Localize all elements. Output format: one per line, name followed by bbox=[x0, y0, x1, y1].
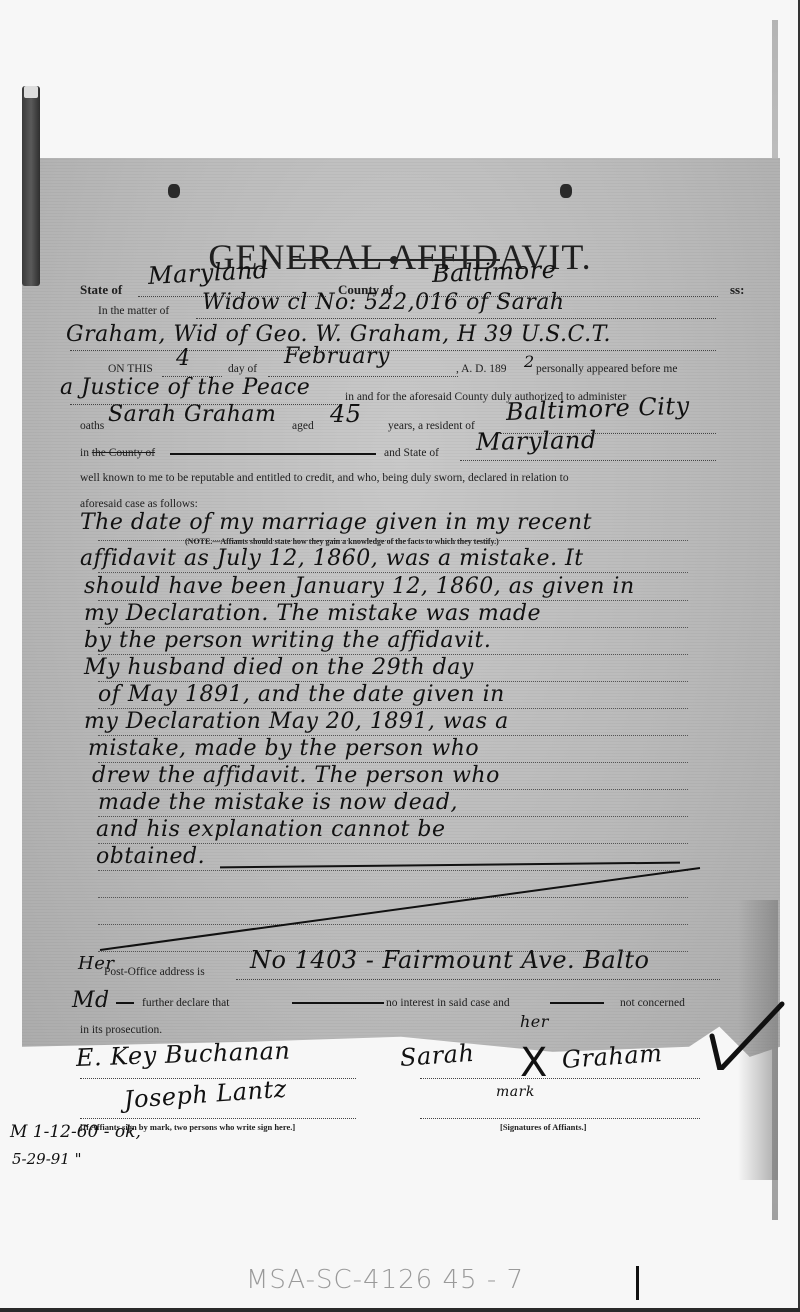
on-this-label: ON THIS bbox=[108, 363, 153, 375]
witness-2-line bbox=[80, 1118, 356, 1119]
day-value: 4 bbox=[176, 346, 191, 371]
matter-label: In the matter of bbox=[98, 305, 169, 317]
in-label: in bbox=[80, 447, 89, 459]
aged-label: aged bbox=[292, 420, 314, 432]
county-struck-label: the County of bbox=[92, 447, 155, 459]
officer-value: a Justice of the Peace bbox=[60, 375, 310, 400]
affiant-line-2 bbox=[420, 1118, 700, 1119]
affiant-signature-first: Sarah bbox=[399, 1039, 475, 1072]
blank-stroke bbox=[116, 1002, 134, 1004]
reputable-text: well known to me to be reputable and ent… bbox=[80, 472, 569, 484]
affiant-mark: X bbox=[520, 1040, 548, 1086]
matter-value-line1: Widow cl No: 522,016 of Sarah bbox=[202, 290, 565, 315]
county-value: Baltimore bbox=[432, 256, 557, 288]
further-label: further declare that bbox=[142, 997, 229, 1009]
statement-line: my Declaration May 20, 1891, was a bbox=[84, 709, 509, 734]
statement-line: of May 1891, and the date given in bbox=[98, 682, 505, 707]
state-of-label: and State of bbox=[384, 447, 439, 459]
statement-line: should have been January 12, 1860, as gi… bbox=[84, 574, 635, 599]
po-label: Post-Office address is bbox=[104, 966, 205, 978]
state-label: State of bbox=[80, 282, 122, 297]
statement-line: my Declaration. The mistake was made bbox=[84, 601, 541, 626]
statement-line: affidavit as July 12, 1860, was a mistak… bbox=[80, 546, 584, 571]
ruled-line bbox=[98, 572, 688, 573]
ss-label: ss: bbox=[730, 282, 744, 297]
witness-2-signature: Joseph Lantz bbox=[123, 1075, 288, 1114]
interest-label: no interest in said case and bbox=[386, 997, 510, 1009]
mark-below: mark bbox=[496, 1084, 535, 1100]
punch-hole-left bbox=[168, 184, 180, 198]
affiant-signature-last: Graham bbox=[561, 1039, 663, 1074]
oaths-label: oaths bbox=[80, 420, 104, 432]
blank-stroke bbox=[292, 1002, 384, 1004]
archive-reference: MSA-SC-4126 45 - 7 bbox=[246, 1265, 524, 1295]
affiant-note: (NOTE.—Affiants should state how they ga… bbox=[185, 537, 499, 546]
appeared-label: personally appeared before me bbox=[536, 363, 677, 375]
blank-stroke bbox=[550, 1002, 604, 1004]
po-value-line2: Md bbox=[72, 988, 110, 1013]
margin-note-marriage: M 1-12-60 - ok, bbox=[10, 1122, 141, 1142]
residence-state-value: Maryland bbox=[476, 426, 597, 456]
age-value: 45 bbox=[330, 400, 362, 428]
mark-above: her bbox=[520, 1012, 549, 1031]
residence-state-field-line bbox=[460, 460, 716, 461]
statement-line: mistake, made by the person who bbox=[88, 736, 479, 761]
aforesaid-text: aforesaid case as follows: bbox=[80, 498, 198, 510]
matter-field-line-2 bbox=[70, 350, 716, 351]
month-value: February bbox=[284, 344, 390, 369]
scan-frame-bottom bbox=[0, 1308, 800, 1312]
po-value-line1: No 1403 - Fairmount Ave. Balto bbox=[250, 946, 650, 974]
statement-line: drew the affidavit. The person who bbox=[92, 763, 500, 788]
ad-label: , A. D. 189 bbox=[456, 363, 506, 375]
year-suffix: 2 bbox=[524, 352, 535, 371]
statement-line: and his explanation cannot be bbox=[96, 817, 446, 842]
checkmark-icon bbox=[706, 1000, 786, 1070]
affiant-line bbox=[420, 1078, 700, 1079]
statement-line: The date of my marriage given in my rece… bbox=[80, 510, 592, 535]
statement-line: made the mistake is now dead, bbox=[98, 790, 458, 815]
statement-line: My husband died on the 29th day bbox=[84, 655, 474, 680]
pencil-mark bbox=[636, 1266, 639, 1300]
prosecution-label: in its prosecution. bbox=[80, 1024, 162, 1036]
resident-label: years, a resident of bbox=[388, 420, 475, 432]
day-of-label: day of bbox=[228, 363, 257, 375]
matter-field-line bbox=[196, 318, 716, 319]
concerned-label: not concerned bbox=[620, 997, 685, 1009]
po-field-line bbox=[236, 979, 720, 980]
affiant-caption: [Signatures of Affiants.] bbox=[500, 1122, 587, 1132]
affiant-name: Sarah Graham bbox=[108, 402, 276, 427]
margin-note-death: 5-29-91 " bbox=[12, 1150, 82, 1168]
void-diagonal-stroke bbox=[90, 860, 710, 955]
statement-line: by the person writing the affidavit. bbox=[84, 628, 491, 653]
county-blank-stroke bbox=[170, 453, 376, 455]
punch-hole-right bbox=[560, 184, 572, 198]
binding-tab-highlight bbox=[24, 86, 38, 98]
